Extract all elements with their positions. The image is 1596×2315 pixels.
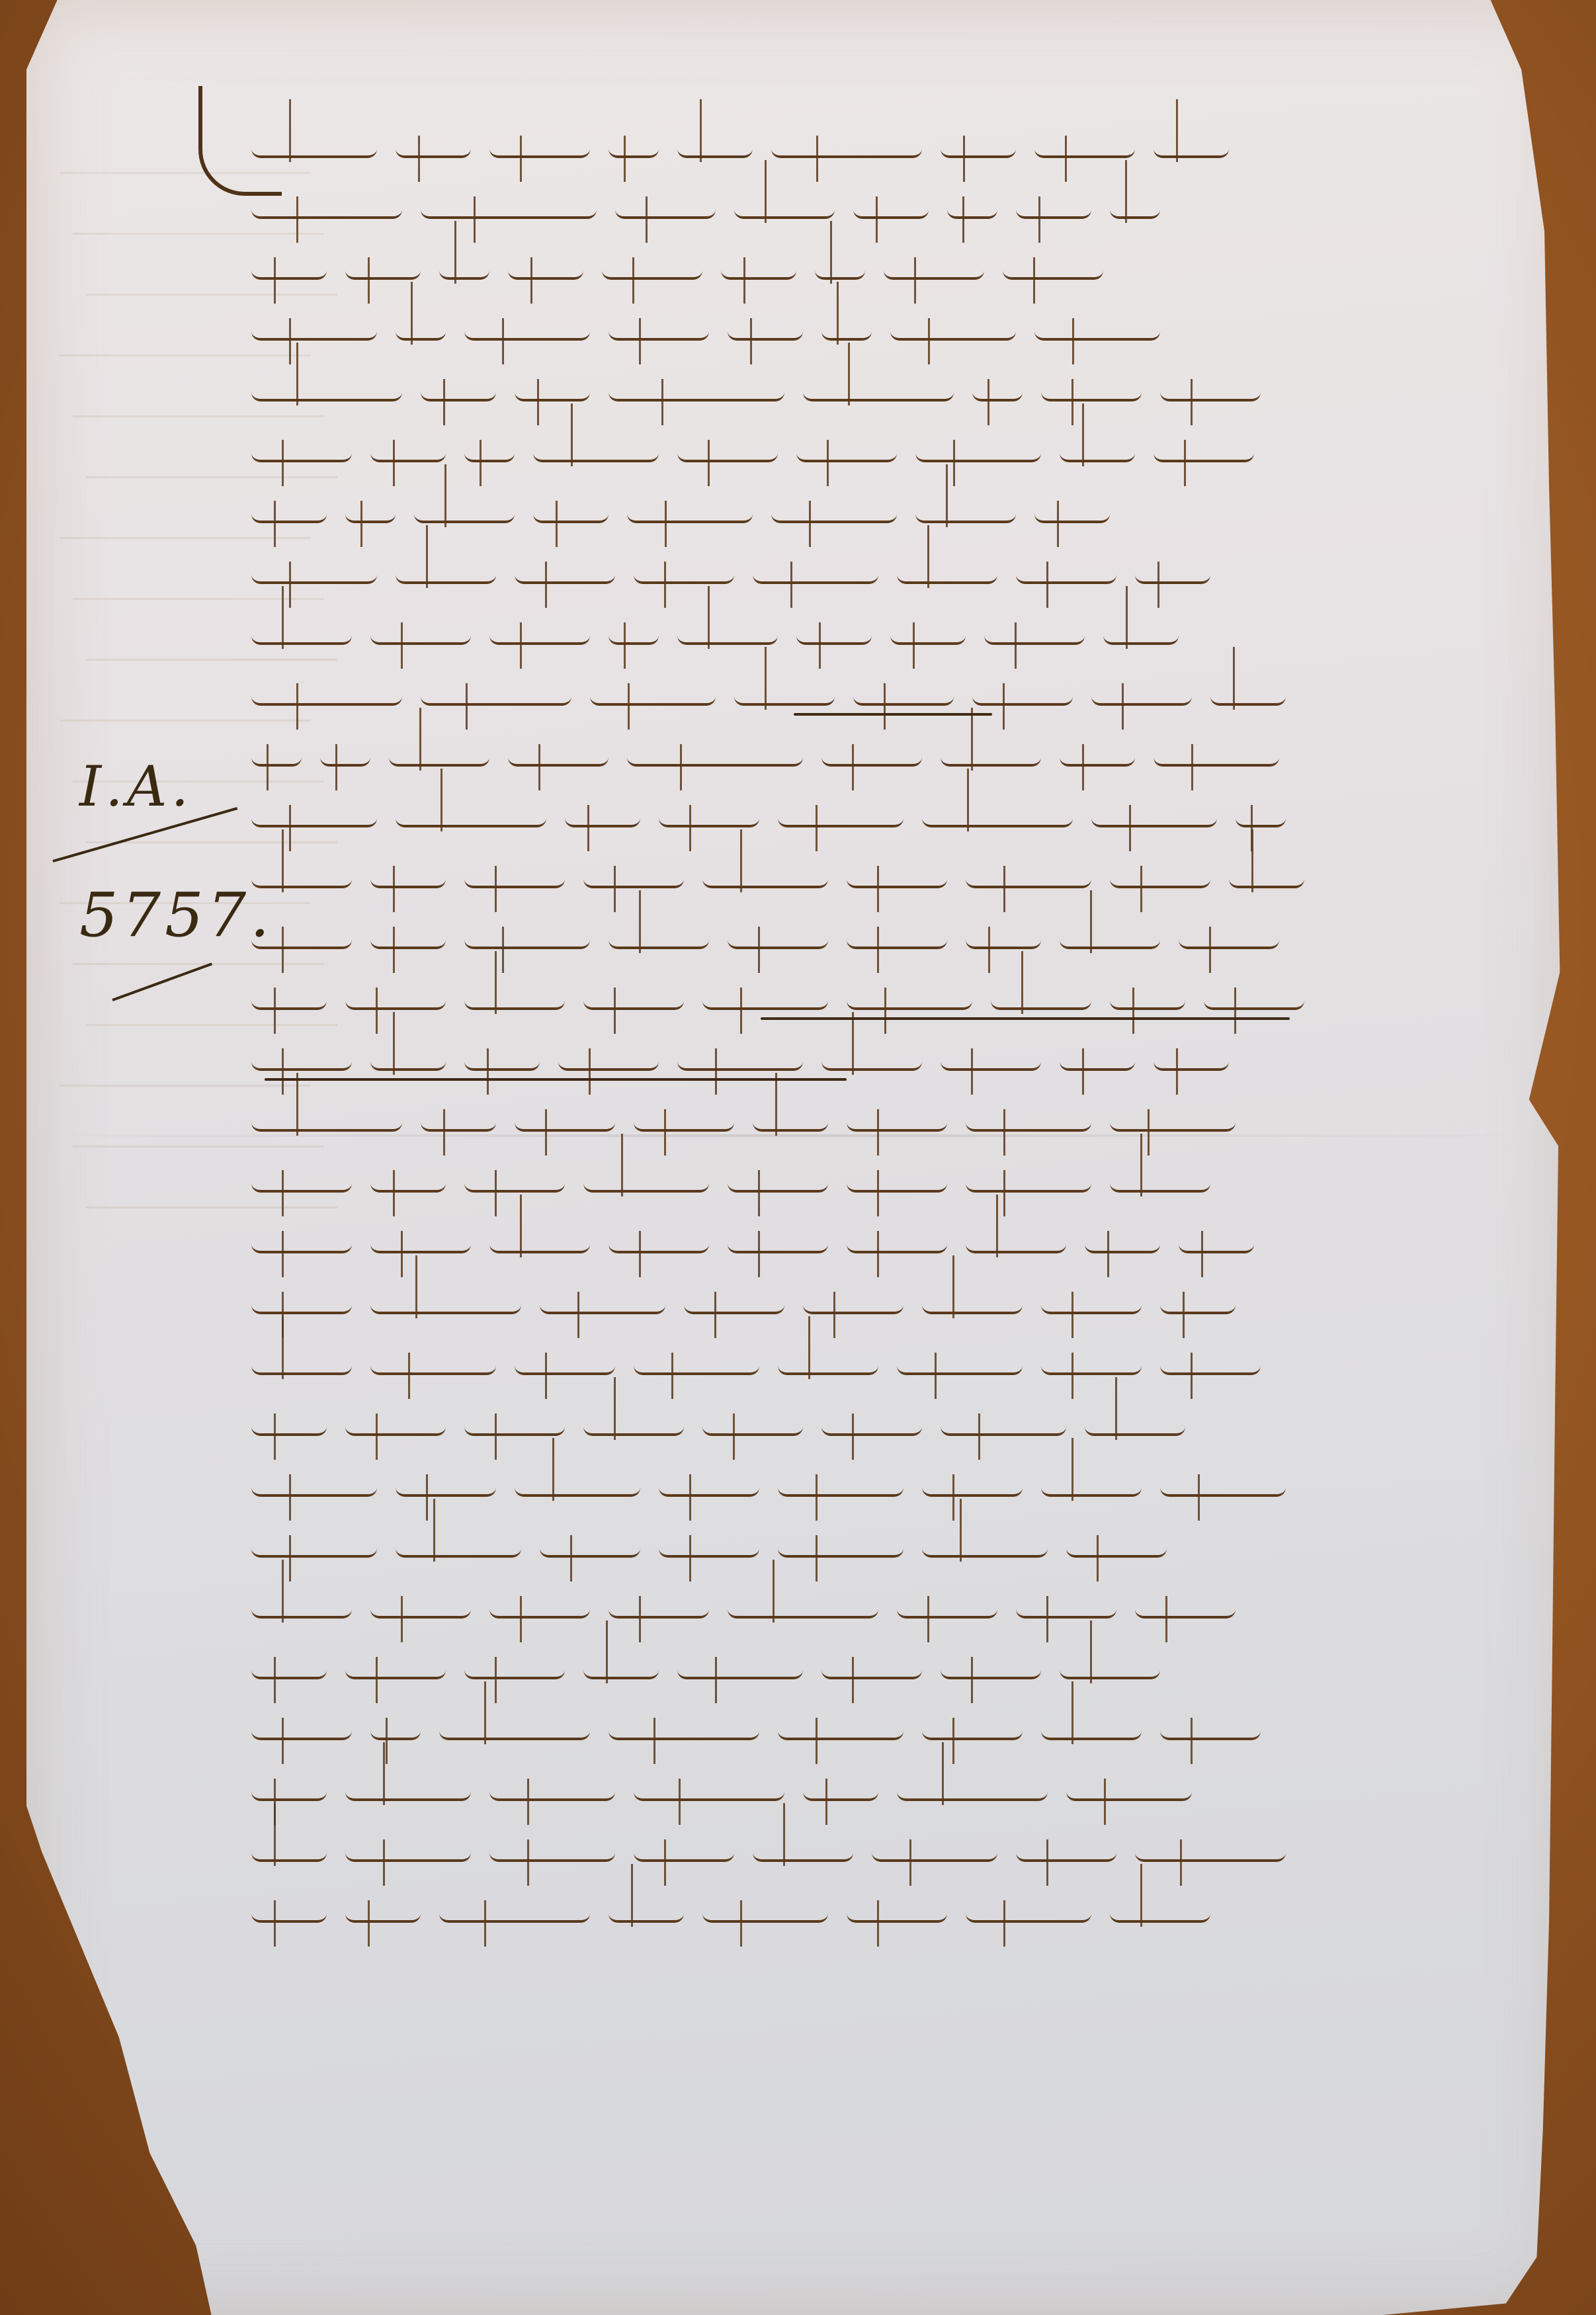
handwritten-word (659, 810, 759, 827)
handwritten-word (728, 1175, 828, 1193)
manuscript-line (251, 1519, 1541, 1579)
handwritten-word (677, 1662, 803, 1679)
handwritten-word (1179, 932, 1279, 949)
handwritten-word (1110, 1115, 1236, 1132)
manuscript-line (251, 1579, 1541, 1640)
handwritten-word (251, 567, 377, 584)
handwritten-word (396, 141, 471, 158)
handwritten-word (627, 749, 803, 767)
handwritten-word (753, 1115, 828, 1132)
manuscript-line (251, 1884, 1541, 1945)
handwritten-word (778, 810, 903, 827)
handwritten-word (1016, 567, 1116, 584)
handwritten-word (489, 141, 590, 158)
handwritten-word (464, 1662, 565, 1679)
handwritten-word (1041, 1480, 1142, 1497)
handwritten-word (915, 445, 1041, 462)
handwritten-word (677, 445, 778, 462)
handwritten-word (771, 506, 897, 523)
handwritten-word (1110, 202, 1160, 219)
manuscript-line (251, 302, 1541, 362)
handwritten-word (1110, 1175, 1210, 1193)
handwritten-word (966, 932, 1041, 949)
handwritten-word (1060, 749, 1135, 767)
handwritten-word (370, 1175, 446, 1193)
handwritten-word (1103, 628, 1179, 645)
handwritten-word (1034, 323, 1160, 341)
handwritten-word (583, 1662, 659, 1679)
handwritten-word (439, 1906, 590, 1923)
handwritten-word (508, 263, 583, 280)
handwritten-word (1003, 263, 1103, 280)
handwritten-word (251, 1480, 377, 1497)
handwritten-word (609, 323, 709, 341)
handwritten-word (677, 628, 778, 645)
handwritten-word (609, 1723, 759, 1740)
handwritten-word (251, 1236, 352, 1253)
handwritten-word (533, 445, 659, 462)
handwritten-word (345, 1662, 446, 1679)
handwritten-word (1034, 506, 1110, 523)
handwritten-word (464, 1175, 565, 1193)
manuscript-line (251, 606, 1541, 667)
handwritten-word (370, 1358, 496, 1375)
handwritten-word (702, 1419, 803, 1436)
handwritten-word (583, 1419, 684, 1436)
handwritten-word (728, 1236, 828, 1253)
handwritten-word (872, 1845, 997, 1862)
manuscript-line (251, 1458, 1541, 1519)
handwritten-word (803, 1784, 878, 1801)
handwritten-word (251, 1297, 352, 1314)
handwritten-word (847, 993, 972, 1010)
handwritten-word (821, 749, 922, 767)
handwritten-word (853, 202, 929, 219)
handwritten-word (421, 384, 496, 401)
handwritten-word (489, 1236, 590, 1253)
handwritten-word (583, 993, 684, 1010)
handwritten-word (508, 749, 609, 767)
handwritten-word (609, 932, 709, 949)
handwritten-word (1154, 749, 1279, 767)
manuscript-line (251, 1762, 1541, 1823)
handwritten-word (345, 263, 421, 280)
handwritten-word (251, 323, 377, 341)
handwritten-word (1154, 141, 1229, 158)
handwritten-word (728, 932, 828, 949)
handwritten-word (941, 141, 1016, 158)
manuscript-line (251, 1093, 1541, 1154)
handwritten-word (251, 384, 402, 401)
handwritten-word (370, 1601, 471, 1619)
handwritten-word (897, 567, 997, 584)
handwritten-word (778, 1358, 878, 1375)
handwritten-word (396, 323, 446, 341)
manuscript-line (251, 362, 1541, 423)
handwritten-word (1034, 141, 1135, 158)
handwritten-word (728, 323, 803, 341)
manuscript-line (251, 1336, 1541, 1397)
handwritten-word (489, 1601, 590, 1619)
handwritten-word (370, 1054, 446, 1071)
handwritten-word (634, 567, 734, 584)
handwritten-word (1160, 1723, 1261, 1740)
handwritten-word (345, 993, 446, 1010)
manuscript-line (251, 849, 1541, 910)
handwritten-word (1135, 1845, 1286, 1862)
handwritten-word (922, 1723, 1023, 1740)
handwritten-word (396, 810, 546, 827)
handwritten-word (251, 1845, 327, 1862)
handwritten-word (251, 1054, 352, 1071)
handwritten-word (1016, 1601, 1116, 1619)
handwritten-word (370, 871, 446, 888)
handwritten-word (821, 1419, 922, 1436)
handwritten-word (753, 1845, 853, 1862)
manuscript-line (251, 1214, 1541, 1275)
handwritten-word (251, 1540, 377, 1558)
handwritten-word (771, 141, 922, 158)
handwritten-word (320, 749, 370, 767)
handwritten-word (728, 1601, 878, 1619)
manuscript-text (251, 119, 1541, 1945)
handwritten-word (464, 871, 565, 888)
handwritten-word (1060, 932, 1160, 949)
handwritten-word (389, 749, 489, 767)
handwritten-word (1041, 1297, 1142, 1314)
handwritten-word (1041, 1358, 1142, 1375)
handwritten-word (941, 1662, 1041, 1679)
underline-stroke (265, 1078, 847, 1081)
handwritten-word (540, 1540, 640, 1558)
handwritten-word (533, 506, 609, 523)
handwritten-word (1110, 871, 1210, 888)
manuscript-line (251, 241, 1541, 302)
handwritten-word (1066, 1784, 1192, 1801)
handwritten-word (1060, 1054, 1135, 1071)
handwritten-word (659, 1540, 759, 1558)
handwritten-word (1179, 1236, 1254, 1253)
handwritten-word (897, 1358, 1023, 1375)
handwritten-word (590, 689, 716, 706)
manuscript-line (251, 1397, 1541, 1458)
handwritten-word (947, 202, 997, 219)
handwritten-word (1091, 810, 1217, 827)
handwritten-word (439, 263, 489, 280)
handwritten-word (847, 1236, 947, 1253)
handwritten-word (515, 1480, 640, 1497)
handwritten-word (753, 567, 878, 584)
handwritten-word (1154, 1054, 1229, 1071)
handwritten-word (609, 1236, 709, 1253)
handwritten-word (941, 1054, 1041, 1071)
manuscript-line (251, 728, 1541, 788)
handwritten-word (1135, 567, 1210, 584)
handwritten-word (634, 1845, 734, 1862)
handwritten-word (677, 141, 753, 158)
handwritten-word (489, 1784, 615, 1801)
handwritten-word (421, 689, 571, 706)
handwritten-word (941, 749, 1041, 767)
handwritten-word (1236, 810, 1286, 827)
manuscript-line (251, 484, 1541, 545)
margin-annotation-line2: 5757. (79, 880, 273, 950)
handwritten-word (396, 1540, 521, 1558)
handwritten-word (251, 202, 402, 219)
handwritten-word (966, 1236, 1066, 1253)
manuscript-line (251, 1275, 1541, 1336)
handwritten-word (821, 1662, 922, 1679)
handwritten-word (721, 263, 796, 280)
handwritten-word (1110, 1906, 1210, 1923)
handwritten-word (847, 1906, 947, 1923)
handwritten-word (251, 749, 302, 767)
handwritten-word (602, 263, 702, 280)
handwritten-word (370, 445, 446, 462)
handwritten-word (890, 323, 1016, 341)
manuscript-line (251, 1701, 1541, 1762)
handwritten-word (702, 871, 828, 888)
handwritten-word (922, 1297, 1023, 1314)
handwritten-word (1154, 445, 1254, 462)
underline-stroke (794, 713, 992, 716)
handwritten-word (1160, 384, 1261, 401)
handwritten-word (251, 141, 377, 158)
handwritten-word (251, 1175, 352, 1193)
handwritten-word (966, 1906, 1091, 1923)
handwritten-word (815, 263, 865, 280)
handwritten-word (609, 384, 784, 401)
handwritten-word (251, 263, 327, 280)
handwritten-word (734, 202, 835, 219)
handwritten-word (627, 506, 753, 523)
handwritten-word (803, 1297, 903, 1314)
handwritten-word (890, 628, 966, 645)
handwritten-word (684, 1297, 784, 1314)
handwritten-word (464, 445, 515, 462)
manuscript-line (251, 1640, 1541, 1701)
handwritten-word (396, 1480, 496, 1497)
handwritten-word (370, 628, 471, 645)
handwritten-word (1091, 689, 1192, 706)
handwritten-word (966, 871, 1091, 888)
handwritten-word (464, 993, 565, 1010)
handwritten-word (345, 1845, 471, 1862)
handwritten-word (991, 993, 1091, 1010)
handwritten-word (1160, 1480, 1286, 1497)
handwritten-word (515, 384, 590, 401)
handwritten-word (251, 993, 327, 1010)
handwritten-word (677, 1054, 803, 1071)
handwritten-word (922, 1480, 1023, 1497)
handwritten-word (251, 506, 327, 523)
handwritten-word (464, 932, 590, 949)
manuscript-line (251, 667, 1541, 728)
manuscript-line (251, 1032, 1541, 1093)
handwritten-word (396, 567, 496, 584)
handwritten-word (414, 506, 515, 523)
handwritten-word (1110, 993, 1185, 1010)
handwritten-word (251, 1115, 402, 1132)
handwritten-word (1016, 202, 1091, 219)
handwritten-word (922, 810, 1073, 827)
handwritten-word (1210, 689, 1286, 706)
handwritten-word (734, 689, 835, 706)
handwritten-word (659, 1480, 759, 1497)
margin-annotation-line1: I.A. (79, 754, 192, 819)
handwritten-word (1160, 1297, 1236, 1314)
handwritten-word (464, 323, 590, 341)
handwritten-word (1041, 1723, 1142, 1740)
handwritten-word (941, 1419, 1066, 1436)
handwritten-word (1229, 871, 1304, 888)
handwritten-word (778, 1480, 903, 1497)
handwritten-word (1085, 1419, 1185, 1436)
manuscript-line (251, 788, 1541, 849)
handwritten-word (251, 810, 377, 827)
handwritten-word (345, 1419, 446, 1436)
handwritten-word (972, 689, 1073, 706)
handwritten-word (847, 871, 947, 888)
handwritten-word (421, 202, 597, 219)
manuscript-line (251, 180, 1541, 241)
handwritten-word (803, 384, 954, 401)
handwritten-word (897, 1784, 1048, 1801)
handwritten-word (778, 1540, 903, 1558)
handwritten-word (1204, 993, 1304, 1010)
handwritten-word (922, 1540, 1048, 1558)
handwritten-word (345, 1906, 421, 1923)
handwritten-word (251, 445, 352, 462)
handwritten-word (634, 1115, 734, 1132)
handwritten-word (1085, 1236, 1160, 1253)
handwritten-word (251, 1906, 327, 1923)
handwritten-word (583, 1175, 709, 1193)
handwritten-word (370, 1236, 471, 1253)
handwritten-word (1160, 1358, 1261, 1375)
handwritten-word (1016, 1845, 1116, 1862)
handwritten-word (515, 1115, 615, 1132)
handwritten-word (489, 1845, 615, 1862)
handwritten-word (821, 1054, 922, 1071)
manuscript-line (251, 971, 1541, 1032)
handwritten-word (853, 689, 954, 706)
handwritten-word (609, 1906, 684, 1923)
handwritten-word (778, 1723, 903, 1740)
underline-stroke (761, 1017, 1290, 1020)
handwritten-word (345, 506, 396, 523)
handwritten-word (702, 1906, 828, 1923)
handwritten-word (897, 1601, 997, 1619)
handwritten-word (370, 932, 446, 949)
handwritten-word (515, 567, 615, 584)
handwritten-word (251, 1723, 352, 1740)
handwritten-word (345, 1784, 471, 1801)
handwritten-word (1066, 1540, 1167, 1558)
handwritten-word (966, 1115, 1091, 1132)
handwritten-word (796, 445, 897, 462)
handwritten-word (565, 810, 640, 827)
handwritten-word (583, 871, 684, 888)
handwritten-word (796, 628, 872, 645)
handwritten-word (251, 628, 352, 645)
handwritten-word (370, 1297, 521, 1314)
manuscript-line (251, 1823, 1541, 1884)
handwritten-word (251, 1601, 352, 1619)
handwritten-word (972, 384, 1023, 401)
handwritten-word (847, 1175, 947, 1193)
handwritten-word (464, 1054, 540, 1071)
handwritten-word (464, 1419, 565, 1436)
handwritten-word (1060, 1662, 1160, 1679)
handwritten-word (821, 323, 872, 341)
manuscript-line (251, 910, 1541, 971)
handwritten-word (884, 263, 984, 280)
handwritten-word (515, 1358, 615, 1375)
handwritten-word (847, 1115, 947, 1132)
handwritten-word (915, 506, 1016, 523)
handwritten-word (489, 628, 590, 645)
handwritten-word (966, 1175, 1091, 1193)
handwritten-word (1135, 1601, 1236, 1619)
handwritten-word (847, 932, 947, 949)
handwritten-word (615, 202, 716, 219)
handwritten-word (609, 141, 659, 158)
manuscript-line (251, 1154, 1541, 1214)
handwritten-word (251, 1419, 327, 1436)
handwritten-word (540, 1297, 665, 1314)
handwritten-word (634, 1784, 784, 1801)
handwritten-word (1060, 445, 1135, 462)
handwritten-word (251, 1662, 327, 1679)
handwritten-word (609, 1601, 709, 1619)
handwritten-word (251, 1358, 352, 1375)
handwritten-word (609, 628, 659, 645)
handwritten-word (984, 628, 1085, 645)
handwritten-word (1041, 384, 1142, 401)
handwritten-word (439, 1723, 590, 1740)
handwritten-word (251, 1784, 327, 1801)
manuscript-line (251, 119, 1541, 180)
handwritten-word (370, 1723, 421, 1740)
handwritten-word (421, 1115, 496, 1132)
handwritten-word (558, 1054, 659, 1071)
handwritten-word (702, 993, 828, 1010)
handwritten-word (634, 1358, 759, 1375)
manuscript-line (251, 545, 1541, 606)
handwritten-word (251, 689, 402, 706)
